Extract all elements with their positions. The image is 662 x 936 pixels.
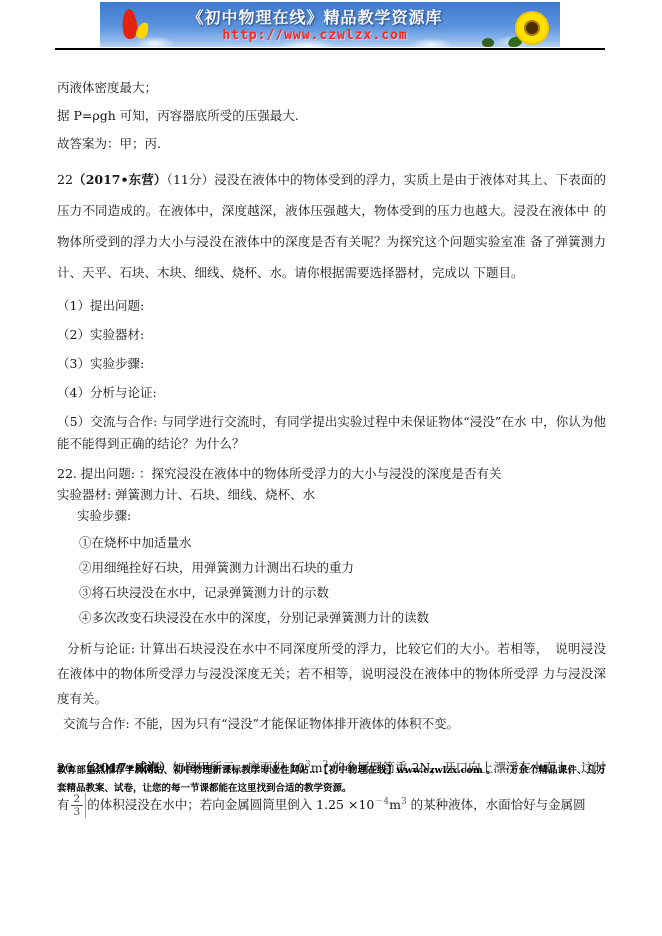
- question20-seg4: 的体积浸没在水中；若向金属圆筒里倒入 1.25 ×10: [87, 797, 374, 812]
- answer22-steps-title: 实验步骤:: [57, 505, 606, 526]
- answer22-step-2: ②用细绳拴好石块，用弹簧测力计测出石块的重力: [57, 555, 606, 580]
- answer22-analysis: 分析与论证: 计算出石块浸没在水中不同深度所受的浮力，比较它们的大小。若相等， …: [57, 636, 606, 711]
- answer22-question: 22. 提出问题: ：探究浸没在液体中的物体所受浮力的大小与浸没的深度是否有关: [57, 463, 606, 484]
- question22-item-2: （2）实验器材:: [57, 324, 606, 346]
- question22-item-3: （3）实验步骤:: [57, 353, 606, 375]
- banner-title: 《初中物理在线》精品教学资源库: [160, 5, 470, 28]
- question22-source: （2017•东营）: [73, 172, 167, 187]
- footer-text-left: 教育部重点推荐学科网站、初中物理新课标教学专业性网站…【初中物理在线】: [57, 765, 396, 776]
- question20-seg6: 的某种液体，水面恰好与金属圆: [407, 797, 586, 812]
- answer21-line1: 丙液体密度最大；: [57, 80, 606, 96]
- answer21-line3: 故答案为：甲；丙.: [57, 136, 606, 152]
- site-banner[interactable]: 《初中物理在线》精品教学资源库 http://www.czwlzx.com: [100, 2, 560, 47]
- answer22-steps: ①在烧杯中加适量水 ②用细绳拴好石块，用弹簧测力计测出石块的重力 ③将石块浸没在…: [57, 530, 606, 630]
- question22-item-4: （4）分析与论证:: [57, 382, 606, 404]
- footer-url-link[interactable]: www.czwlzx.com: [396, 765, 482, 776]
- answer22-step-4: ④多次改变石块浸没在水中的深度，分别记录弹簧测力计的读数: [57, 605, 606, 630]
- banner-url-link[interactable]: http://www.czwlzx.com: [160, 28, 470, 43]
- question22-item-5: （5）交流与合作: 与同学进行交流时，有同学提出实验过程中未保证物体“浸没”在水…: [57, 411, 606, 455]
- question20-seg5: m: [389, 797, 401, 812]
- flame-logo-icon: [120, 7, 154, 43]
- sunflower-icon: [508, 10, 552, 47]
- answer21-line2: 据 P=ρgh 可知，丙容器底所受的压强最大.: [57, 108, 606, 124]
- question22-score: （11分）: [167, 172, 215, 187]
- header-divider: [55, 48, 605, 50]
- question22-item-1: （1）提出问题:: [57, 295, 606, 317]
- answer22-block: 22. 提出问题: ：探究浸没在液体中的物体所受浮力的大小与浸没的深度是否有关 …: [57, 463, 606, 736]
- answer22-step-1: ①在烧杯中加适量水: [57, 530, 606, 555]
- document-body: 丙液体密度最大； 据 P=ρgh 可知，丙容器底所受的压强最大. 故答案为：甲；…: [57, 80, 606, 822]
- question22-body: 浸没在液体中的物体受到的浮力，实质上是由于液体对其上、下表面的压力不同造成的。在…: [57, 172, 606, 280]
- question22-number: 22: [57, 172, 73, 187]
- answer22-step-3: ③将石块浸没在水中，记录弹簧测力计的示数: [57, 580, 606, 605]
- fraction-denominator: 3: [71, 806, 84, 818]
- document-page: 《初中物理在线》精品教学资源库 http://www.czwlzx.com 丙液…: [0, 0, 662, 936]
- banner-text: 《初中物理在线》精品教学资源库 http://www.czwlzx.com: [160, 5, 470, 43]
- answer22-exchange: 交流与合作: 不能，因为只有“浸没”才能保证物体排开液体的体积不变。: [57, 711, 606, 736]
- page-footer: 教育部重点推荐学科网站、初中物理新课标教学专业性网站…【初中物理在线】www.c…: [57, 762, 606, 798]
- answer22-materials: 实验器材: 弹簧测力计、石块、细线、烧杯、水: [57, 484, 606, 505]
- question22-paragraph: 22（2017•东营）（11分）浸没在液体中的物体受到的浮力，实质上是由于液体对…: [57, 164, 606, 288]
- exponent-sup: －4: [374, 797, 389, 807]
- plant-decoration: [482, 38, 494, 47]
